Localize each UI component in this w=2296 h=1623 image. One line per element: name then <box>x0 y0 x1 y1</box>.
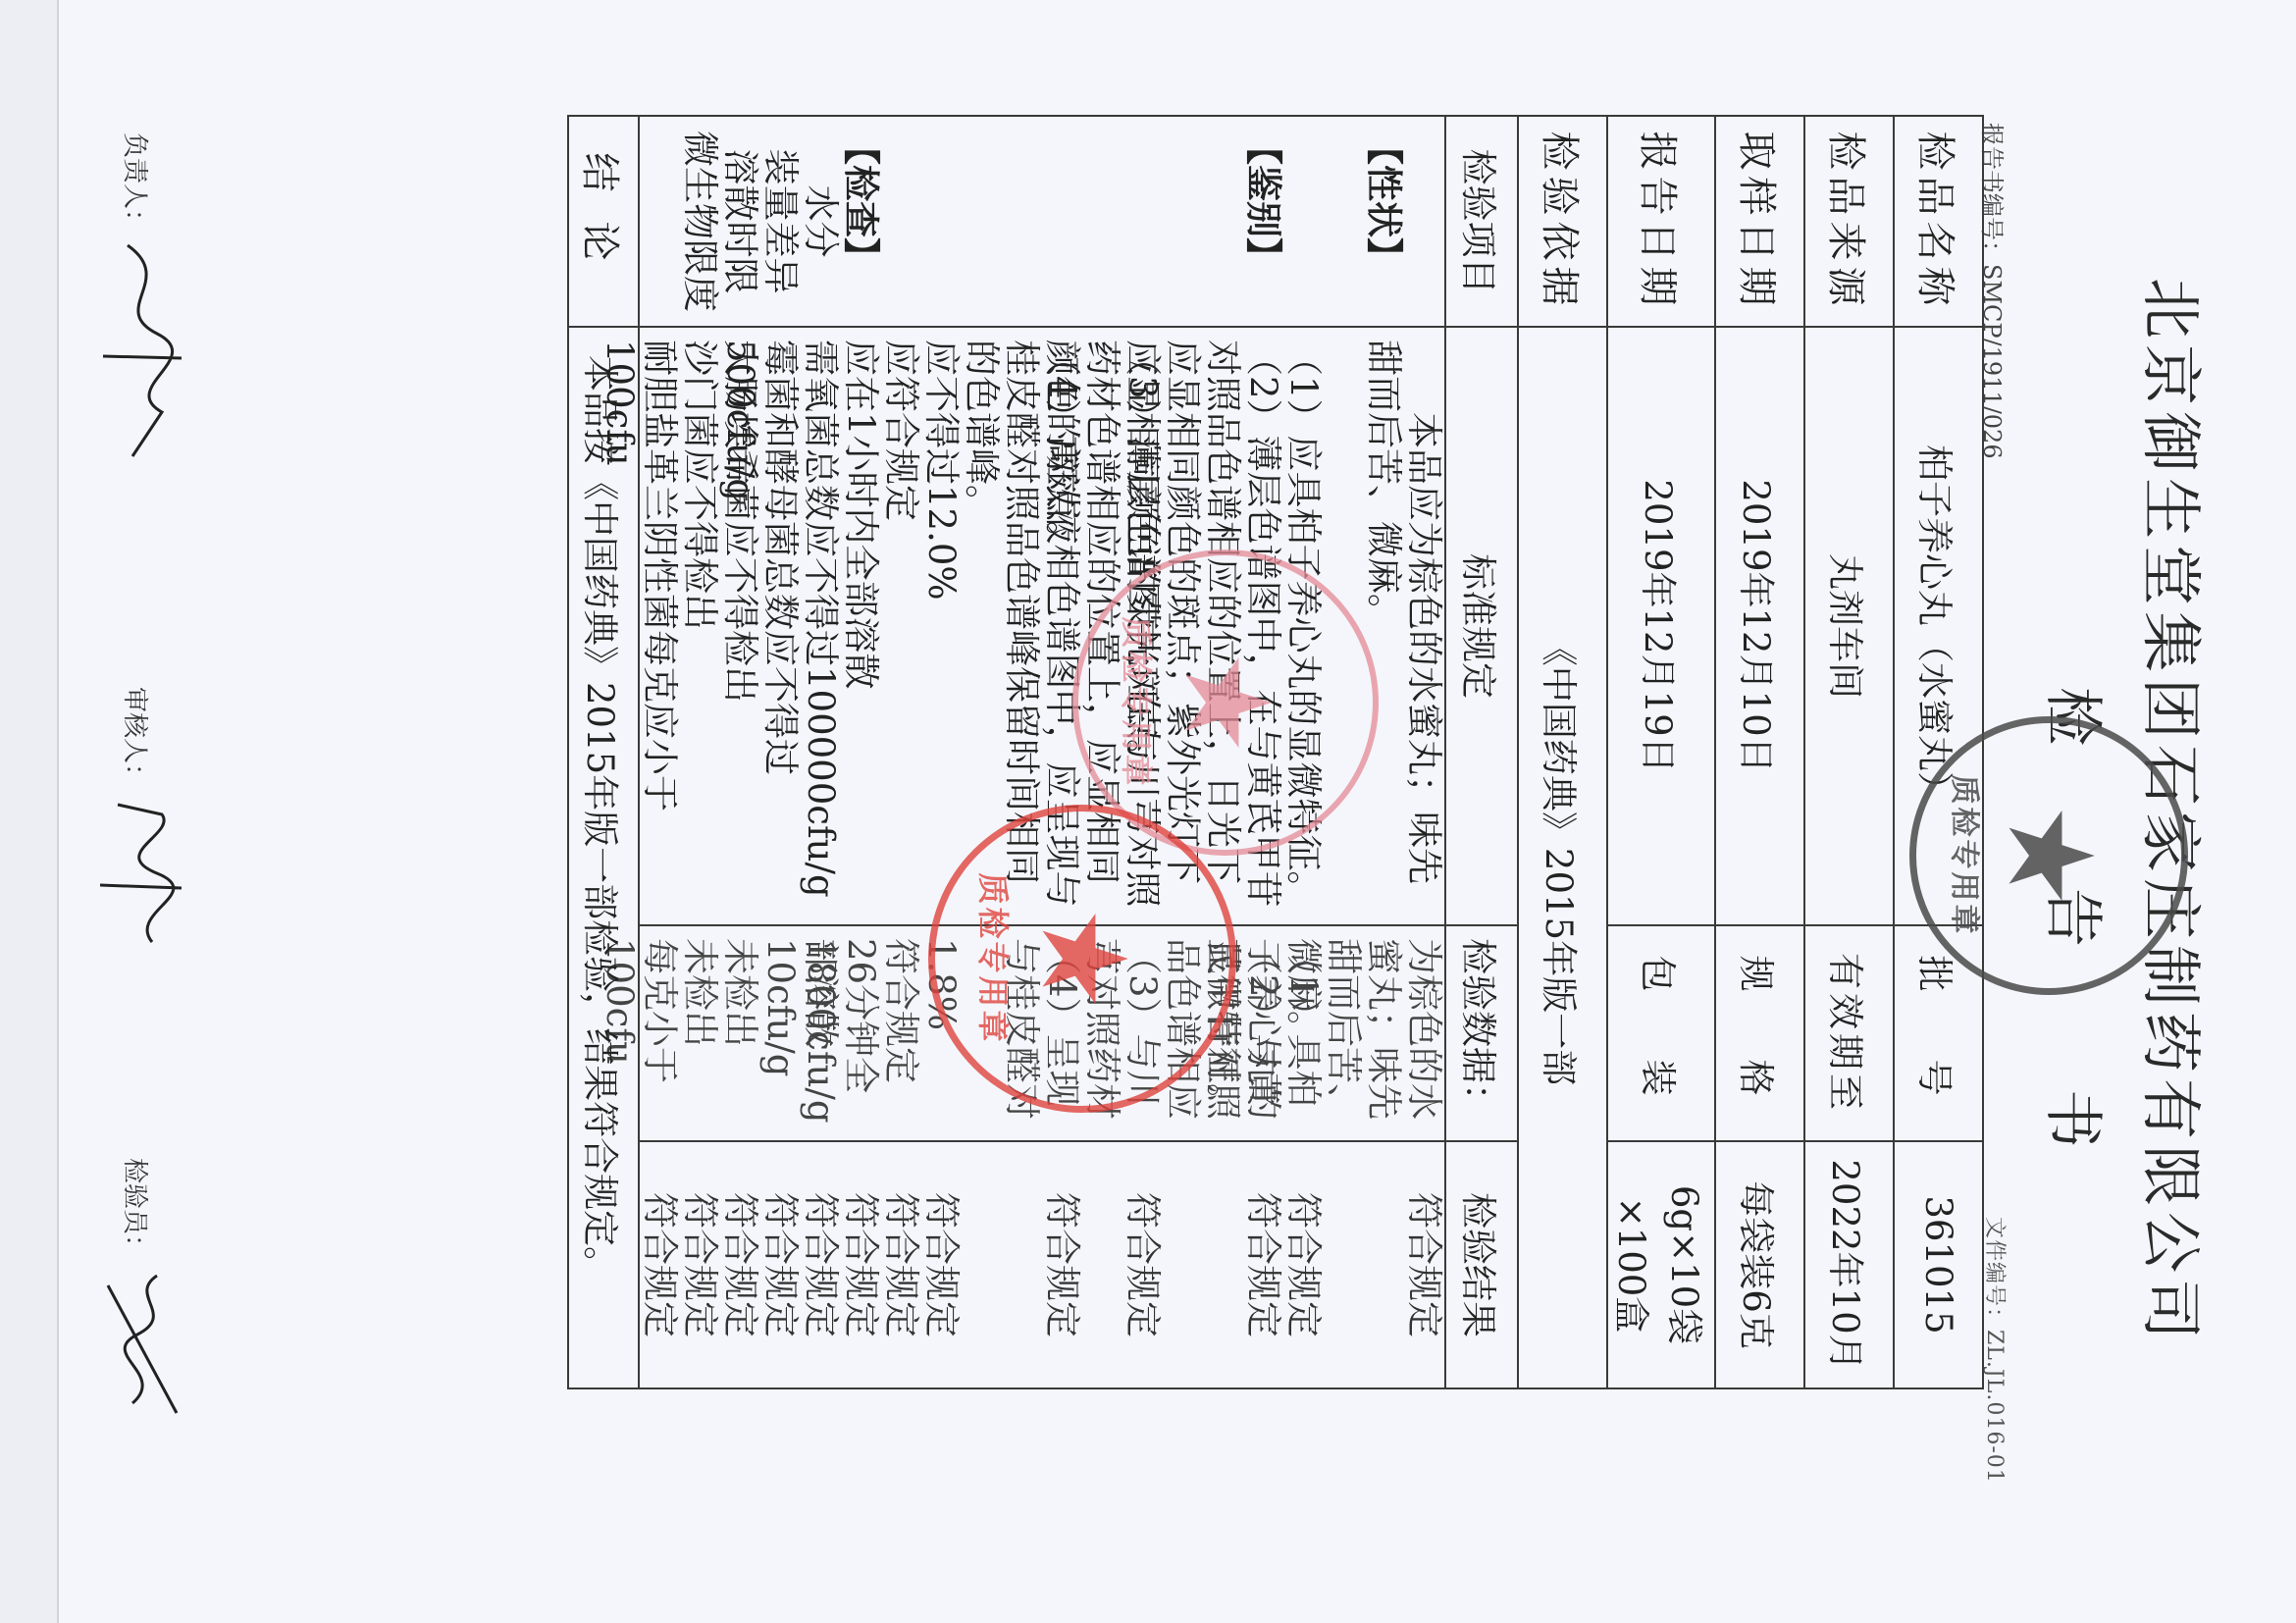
header-row-basis: 检验依据 《中国药典》2015年版一部 <box>1518 116 1607 1388</box>
value-expiry: 2022年10月 <box>1804 1141 1894 1388</box>
data-ident-1: （1）具柏子养心丸的显微特征。 <box>1283 938 1324 1128</box>
conclusion-row: 结论 本品按《中国药典》2015年版一部检验，结果符合规定。 <box>568 116 639 1388</box>
result-micro-1: 符合规定 <box>801 1154 841 1376</box>
conclusion-label: 结论 <box>568 116 639 327</box>
section-identification: 【鉴别】 <box>1243 129 1283 314</box>
std-disintegration: 应在1小时内全部溶散 <box>841 340 881 913</box>
item-microbial-limit: 微生物限度 <box>680 129 720 314</box>
std-micro-1: 需氧菌总数应不得过100000cfu/g <box>801 340 841 913</box>
document-number: 文件编号：ZL.JL.016-01 <box>1981 1217 2011 1484</box>
section-inspection: 【检查】 <box>841 129 881 314</box>
std-micro-5: 耐胆盐革兰阴性菌每克应小于100cfu <box>640 340 680 913</box>
conclusion-text: 本品按《中国药典》2015年版一部检验，结果符合规定。 <box>568 327 639 1388</box>
responsible-label: 负责人： <box>119 132 155 235</box>
label-product-name: 检品名称 <box>1894 116 1983 327</box>
report-title-char-5: 书 <box>2035 1089 2119 1148</box>
result-micro-3: 符合规定 <box>720 1154 760 1376</box>
red-stamp-inner-text: 质检专用章 <box>972 872 1018 1044</box>
data-disintegration: 26分钟全部溶散 <box>841 938 881 1128</box>
responsible-signature <box>98 240 186 466</box>
value-packaging: 6g×10袋×100盒 <box>1607 1141 1715 1388</box>
item-fill-variation: 装量差异 <box>760 129 801 314</box>
document-number-label: 文件编号： <box>1982 1217 2007 1330</box>
value-batch-no: 361015 <box>1894 1141 1983 1388</box>
star-icon: ★ <box>1023 906 1141 1012</box>
signature-scribble-icon <box>98 1266 186 1423</box>
result-disintegration: 符合规定 <box>841 1154 881 1376</box>
red-qc-stamp: ★ 质检专用章 <box>928 805 1236 1113</box>
label-basis: 检验依据 <box>1518 116 1607 327</box>
item-disintegration: 溶散时限 <box>720 129 760 314</box>
label-packaging: 包 装 <box>1607 925 1715 1141</box>
result-micro-4: 符合规定 <box>680 1154 720 1376</box>
value-report-date: 2019年12月19日 <box>1607 327 1715 925</box>
header-row-sampling-date: 取样日期 2019年12月10日 规 格 每袋装6克 <box>1715 116 1804 1388</box>
col-data: 检验数据： <box>1445 925 1518 1141</box>
gray-qc-stamp: ★ 质检专用章 <box>1909 716 2188 995</box>
value-source: 丸剂车间 <box>1804 327 1894 925</box>
value-spec: 每袋装6克 <box>1715 1141 1804 1388</box>
data-micro-3: 未检出 <box>720 938 760 1128</box>
pink-stamp-inner-text: 质检专用章 <box>1116 616 1161 788</box>
result-ident-4: 符合规定 <box>1042 1154 1082 1376</box>
std-micro-3: 大肠埃希菌应不得检出 <box>720 340 760 913</box>
label-source: 检品来源 <box>1804 116 1894 327</box>
result-micro-5: 符合规定 <box>640 1154 680 1376</box>
col-result: 检验结果 <box>1445 1141 1518 1388</box>
data-fill-variation: 符合规定 <box>881 938 921 1128</box>
inspection-report-page: 北京御生堂集团石家庄制药有限公司 检 告 书 报告书编号：SMCP/1911/0… <box>0 0 2296 1623</box>
star-icon: ★ <box>1990 803 2108 909</box>
results-column: 符合规定 符合规定 符合规定 符合规定 符合规定 符合规定 符合规定 符合规定 … <box>639 1141 1445 1388</box>
reviewer-label: 审核人： <box>119 687 155 789</box>
signature-scribble-icon <box>98 795 186 962</box>
star-icon: ★ <box>1167 650 1284 756</box>
std-fill-variation: 应符合规定 <box>881 340 921 913</box>
value-basis: 《中国药典》2015年版一部 <box>1518 327 1607 1388</box>
std-micro-4: 沙门菌应不得检出 <box>680 340 720 913</box>
std-character: 本品应为棕色的水蜜丸；味先甜而后苦、微麻。 <box>1364 340 1444 913</box>
gray-stamp-inner-text: 质检专用章 <box>1946 775 1989 937</box>
result-character: 符合规定 <box>1404 1154 1444 1376</box>
col-standard: 标准规定 <box>1445 327 1518 925</box>
result-micro-2: 符合规定 <box>760 1154 801 1376</box>
section-character: 【性状】 <box>1364 129 1404 314</box>
header-row-source: 检品来源 丸剂车间 有效期至 2022年10月 <box>1804 116 1894 1388</box>
data-micro-2: 10cfu/g <box>760 938 801 1128</box>
column-header-row: 检验项目 标准规定 检验数据： 检验结果 <box>1445 116 1518 1388</box>
header-row-report-date: 报告日期 2019年12月19日 包 装 6g×10袋×100盒 <box>1607 116 1715 1388</box>
label-expiry: 有效期至 <box>1804 925 1894 1141</box>
document-number-value: ZL.JL.016-01 <box>1982 1330 2007 1484</box>
data-micro-5: 每克小于100cfu <box>640 938 680 1128</box>
std-moisture: 应不得过12.0% <box>921 340 962 913</box>
data-micro-1: 1800cfu/g <box>801 938 841 1128</box>
result-ident-2: 符合规定 <box>1243 1154 1283 1376</box>
result-ident-1: 符合规定 <box>1283 1154 1324 1376</box>
data-character: 为棕色的水蜜丸；味先甜而后苦、微麻。 <box>1364 938 1444 1128</box>
value-sampling-date: 2019年12月10日 <box>1715 327 1804 925</box>
result-fill-variation: 符合规定 <box>881 1154 921 1376</box>
std-micro-2: 霉菌和酵母菌总数应不得过500cfu/g <box>760 340 801 913</box>
signature-scribble-icon <box>98 240 186 466</box>
scan-edge <box>0 0 59 1623</box>
label-report-date: 报告日期 <box>1607 116 1715 327</box>
inspector-label: 检验员： <box>119 1158 155 1260</box>
inspector-signature <box>98 1266 186 1423</box>
result-moisture: 符合规定 <box>921 1154 962 1376</box>
item-moisture: 水分 <box>801 129 841 314</box>
label-spec: 规 格 <box>1715 925 1804 1141</box>
reviewer-signature <box>98 795 186 962</box>
label-sampling-date: 取样日期 <box>1715 116 1804 327</box>
result-ident-3: 符合规定 <box>1122 1154 1163 1376</box>
col-item: 检验项目 <box>1445 116 1518 327</box>
items-column: 【性状】 【鉴别】 【检查】 水分 装量差异 溶散时限 微生物限度 <box>639 116 1445 327</box>
data-micro-4: 未检出 <box>680 938 720 1128</box>
